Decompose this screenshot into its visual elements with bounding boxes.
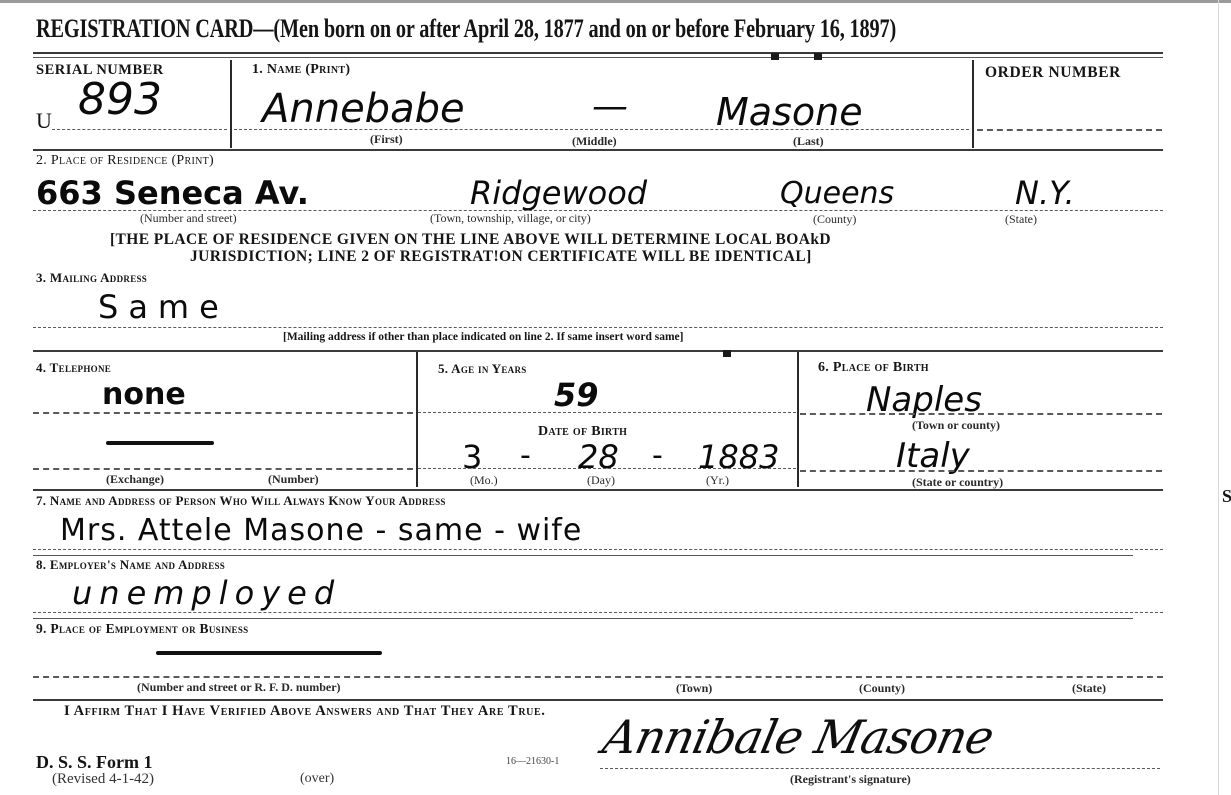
place-of-birth-label: 6. Place of Birth [818,360,929,376]
dob-year-caption: (Yr.) [706,473,729,488]
age-label: 5. Age in Years [438,361,527,377]
divider [797,352,799,487]
telephone-line [33,412,413,414]
telephone-exchange-caption: (Exchange) [106,472,164,487]
registration-mark [723,350,731,357]
residence-notice-line2: JURISDICTION; LINE 2 OF REGISTRAT!ON CER… [190,248,812,266]
employer-value: unemployed [72,574,341,612]
scan-top-border [0,0,1231,3]
name-first-caption: (First) [370,132,403,147]
place-of-employment-label: 9. Place of Employment or Business [36,621,248,637]
residence-county-caption: (County) [813,212,856,227]
registration-mark [771,53,779,60]
age-value: 59 [554,376,599,414]
residence-street-caption: (Number and street) [140,211,237,226]
dob-month-value: 3 [462,438,482,476]
employer-label: 8. Employer's Name and Address [36,557,225,573]
dob-day-caption: (Day) [587,473,615,488]
telephone-blank-stroke [106,441,214,445]
age-line [418,412,796,413]
residence-county-value: Queens [780,176,894,211]
divider [416,352,418,487]
order-number-label: ORDER NUMBER [985,64,1121,82]
card-title: REGISTRATION CARD—(Men born on or after … [36,14,896,44]
section-rule [33,350,1163,352]
mailing-line [33,327,1163,328]
divider [230,60,232,148]
title-rule-thin [33,57,1163,58]
contact-person-label: 7. Name and Address of Person Who Will A… [36,493,446,509]
form-revised: (Revised 4-1-42) [52,771,154,788]
dob-year-value: 1883 [698,438,779,476]
registrant-signature: Annibale Masone [598,710,998,764]
title-rule [33,52,1163,54]
birthplace-line [800,413,1162,415]
name-last-value: Masone [716,90,863,134]
employer-line [33,612,1163,613]
form-name: D. S. S. Form 1 [36,752,153,773]
residence-state-caption: (State) [1005,212,1037,227]
dob-day-value: 28 [578,438,619,476]
form-print-code: 16—21630-1 [506,756,559,767]
residence-label: 2. Place of Residence (Print) [36,153,214,169]
signature-caption: (Registrant's signature) [790,772,911,787]
telephone-value: none [102,377,186,412]
name-line [234,129,969,130]
telephone-number-caption: (Number) [268,472,319,487]
name-middle-value: — [592,86,628,127]
order-line [977,129,1162,131]
employment-street-caption: (Number and street or R. F. D. number) [137,680,341,695]
name-first-value: Annebabe [262,86,465,132]
name-last-caption: (Last) [793,134,824,149]
affirmation-statement: I Affirm That I Have Verified Above Answ… [64,703,545,720]
dob-line [418,468,796,469]
section-rule [33,555,1133,556]
contact-person-value: Mrs. Attele Masone - same - wife [60,513,582,548]
serial-prefix: U [36,108,52,134]
employment-state-caption: (State) [1072,681,1106,696]
telephone-label: 4. Telephone [36,360,111,376]
dob-month-caption: (Mo.) [470,473,498,488]
name-label: 1. Name (Print) [252,62,350,78]
residence-notice-line1: [THE PLACE OF RESIDENCE GIVEN ON THE LIN… [110,231,831,249]
serial-number-value: 893 [78,74,162,125]
mailing-address-label: 3. Mailing Address [36,270,147,286]
serial-line [52,129,227,130]
name-middle-caption: (Middle) [572,134,617,149]
residence-town-caption: (Town, township, village, or city) [430,211,591,226]
residence-state-value: N.Y. [1015,174,1075,212]
form-over-note: (over) [300,771,334,787]
employment-blank-stroke [156,651,382,655]
signature-line [600,768,1160,769]
section-rule [33,149,1163,151]
registration-mark [814,53,822,60]
scan-right-edge [1218,0,1219,795]
employment-county-caption: (County) [859,681,905,696]
residence-town-value: Ridgewood [470,174,647,212]
divider [972,60,974,148]
birthplace-town-caption: (Town or county) [912,418,1000,433]
section-rule [33,489,1163,491]
section-rule [33,618,1133,619]
employment-line [33,676,1163,678]
birthplace-line-2 [800,470,1162,472]
section-rule [33,699,1163,701]
contact-line [33,549,1163,550]
residence-street-value: 663 Seneca Av. [36,174,309,212]
telephone-line-2 [33,468,413,470]
employment-town-caption: (Town) [676,681,712,696]
mailing-address-value: Same [98,288,229,326]
mailing-instruction: [Mailing address if other than place ind… [283,331,683,343]
edge-mark: S [1222,486,1231,507]
birthplace-country-caption: (State or country) [912,475,1003,490]
